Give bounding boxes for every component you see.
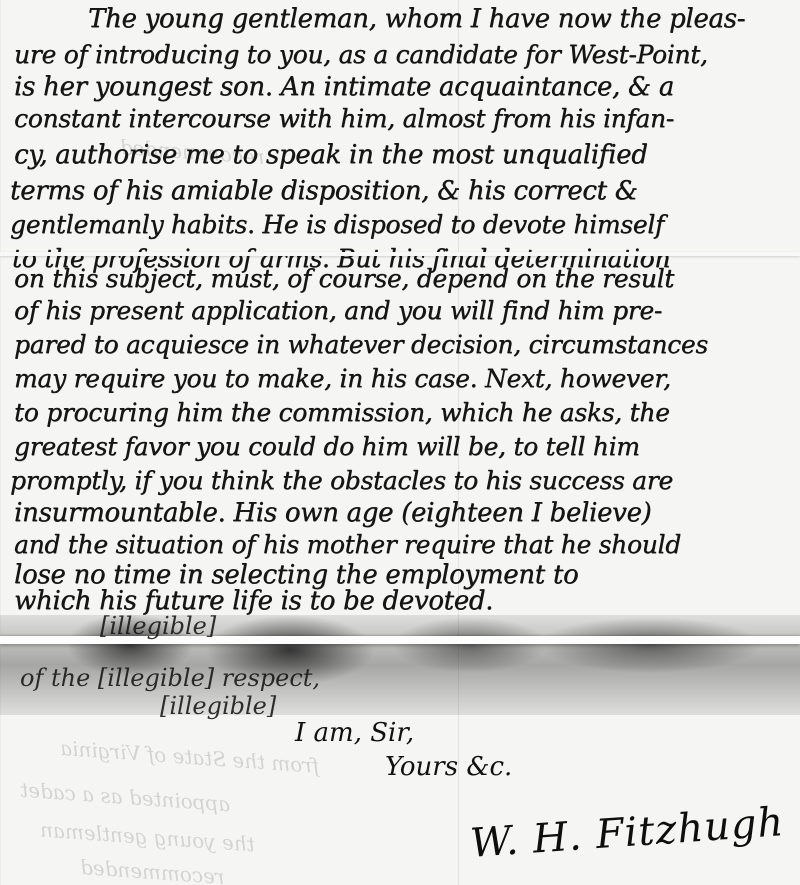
body-line: on this subject, must, of course, depend… (14, 264, 674, 293)
body-line: promptly, if you think the obstacles to … (10, 466, 673, 495)
bleed-text: recommended (79, 855, 225, 885)
closing-line: I am, Sir, (295, 718, 414, 748)
damaged-line: [illegible] (100, 612, 216, 640)
body-line: gentlemanly habits. He is disposed to de… (10, 210, 664, 239)
damaged-line: of the [illegible] respect, (20, 664, 320, 692)
body-line: constant intercourse with him, almost fr… (14, 104, 674, 133)
body-line: pared to acquiesce in whatever decision,… (14, 330, 708, 359)
damaged-line: [illegible] (160, 692, 276, 720)
body-line: The young gentleman, whom I have now the… (88, 4, 745, 34)
closing-line: Yours &c. (385, 752, 512, 782)
body-line: insurmountable. His own age (eighteen I … (14, 498, 651, 528)
fold-line (0, 252, 800, 256)
body-line: to procuring him the commission, which h… (14, 398, 670, 427)
bleed-text: the young gentleman (39, 818, 255, 857)
body-line: is her youngest son. An intimate acquain… (14, 72, 674, 102)
body-line: greatest favor you could do him will be,… (14, 432, 640, 461)
body-line: cy, authorise me to speak in the most un… (14, 140, 648, 170)
bleed-text: from the State of Virginia (59, 736, 320, 778)
body-line: and the situation of his mother require … (14, 530, 681, 559)
body-line: terms of his amiable disposition, & his … (10, 176, 638, 206)
letter-page: from the State of Virginia appointed as … (0, 0, 800, 885)
body-line: which his future life is to be devoted. (14, 586, 493, 616)
body-line: may require you to make, in his case. Ne… (14, 364, 671, 393)
signature: W. H. Fitzhugh (469, 799, 786, 867)
body-line: ure of introducing to you, as a candidat… (14, 40, 708, 69)
body-line: of his present application, and you will… (14, 296, 662, 325)
bleed-text: appointed as a cadet (19, 778, 231, 817)
